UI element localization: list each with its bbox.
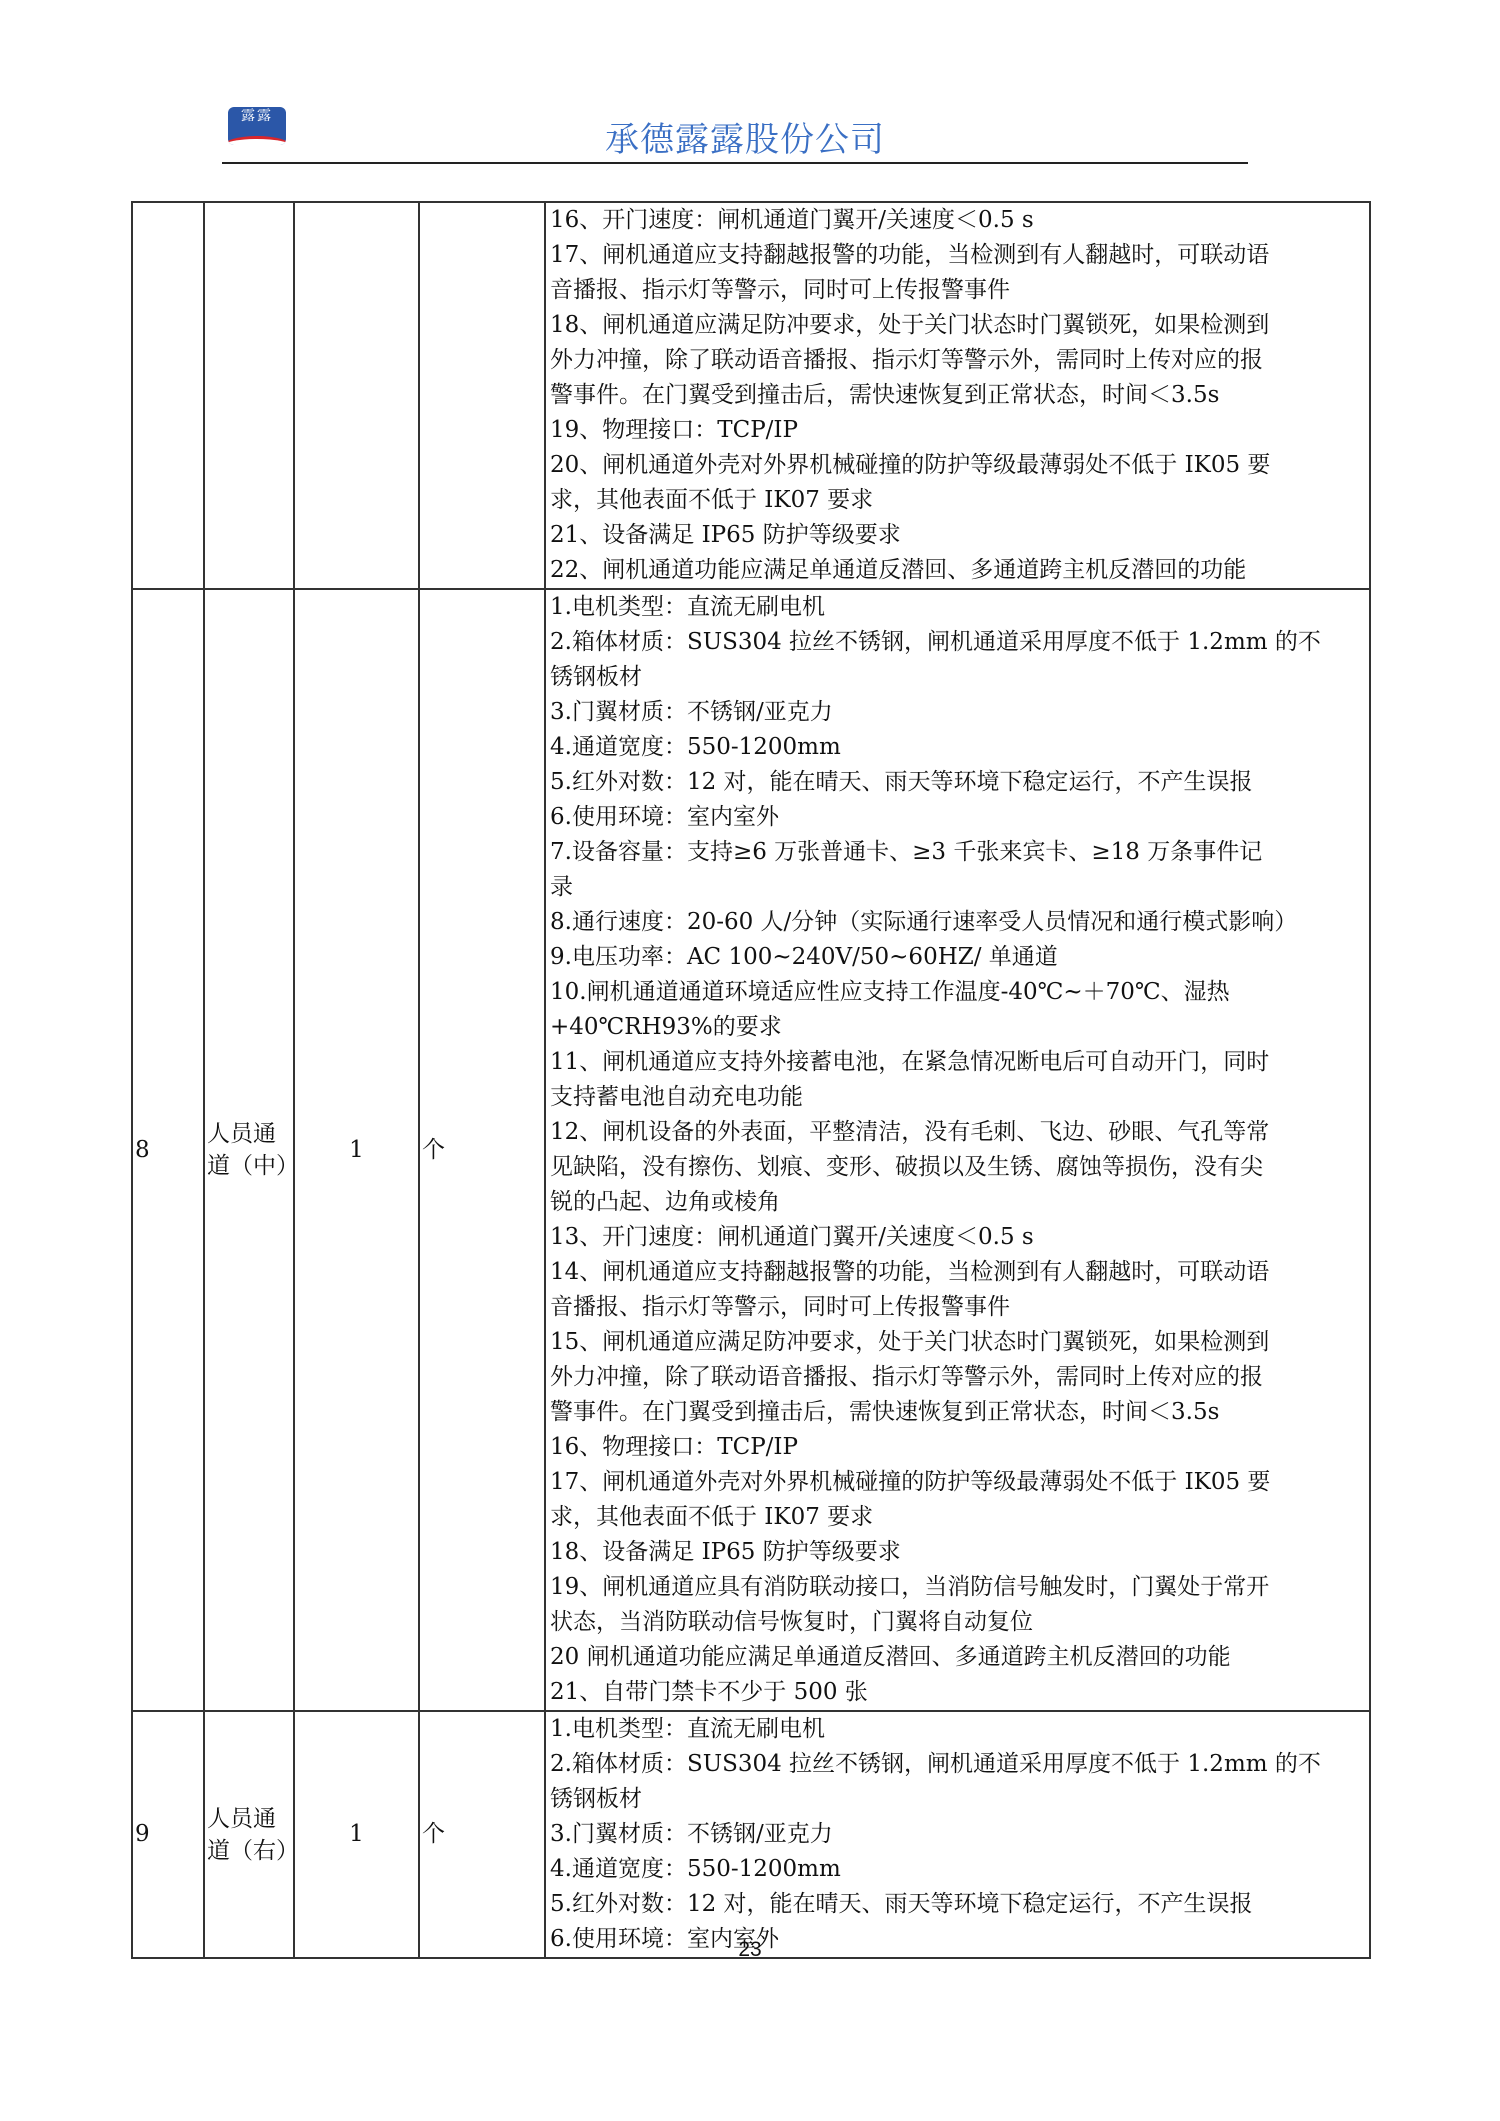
spec-line: 17、闸机通道应支持翻越报警的功能，当检测到有人翻越时，可联动语	[550, 238, 1365, 273]
spec-line: 21、设备满足 IP65 防护等级要求	[550, 518, 1365, 553]
spec-line: 9.电压功率：AC 100~240V/50~60HZ/ 单通道	[550, 940, 1365, 975]
spec-line: 19、闸机通道应具有消防联动接口，当消防信号触发时，门翼处于常开	[550, 1570, 1365, 1605]
spec-line: 18、设备满足 IP65 防护等级要求	[550, 1535, 1365, 1570]
spec-line: 16、开门速度：闸机通道门翼开/关速度＜0.5 s	[550, 203, 1365, 238]
spec-line: 锐的凸起、边角或棱角	[550, 1185, 1365, 1220]
item-quantity: 1	[294, 589, 419, 1711]
item-specification: 16、开门速度：闸机通道门翼开/关速度＜0.5 s 17、闸机通道应支持翻越报警…	[545, 202, 1370, 589]
item-name	[204, 202, 294, 589]
spec-line: 7.设备容量：支持≥6 万张普通卡、≥3 千张来宾卡、≥18 万条事件记	[550, 835, 1365, 870]
spec-line: 14、闸机通道应支持翻越报警的功能，当检测到有人翻越时，可联动语	[550, 1255, 1365, 1290]
item-name: 人员通 道（右）	[204, 1711, 294, 1958]
spec-line: 2.箱体材质：SUS304 拉丝不锈钢，闸机通道采用厚度不低于 1.2mm 的不	[550, 1747, 1365, 1782]
item-unit: 个	[419, 1711, 545, 1958]
spec-line: 4.通道宽度：550-1200mm	[550, 730, 1365, 765]
item-number	[132, 202, 204, 589]
spec-line: 1.电机类型：直流无刷电机	[550, 1712, 1365, 1747]
spec-line: 支持蓄电池自动充电功能	[550, 1080, 1365, 1115]
spec-line: 锈钢板材	[550, 1782, 1365, 1817]
spec-line: 求，其他表面不低于 IK07 要求	[550, 483, 1365, 518]
spec-line: 外力冲撞，除了联动语音播报、指示灯等警示外，需同时上传对应的报	[550, 343, 1365, 378]
item-unit	[419, 202, 545, 589]
spec-line: 22、闸机通道功能应满足单通道反潜回、多通道跨主机反潜回的功能	[550, 553, 1365, 588]
spec-line: 20、闸机通道外壳对外界机械碰撞的防护等级最薄弱处不低于 IK05 要	[550, 448, 1365, 483]
spec-line: 21、自带门禁卡不少于 500 张	[550, 1675, 1365, 1710]
table-row: 8 人员通 道（中） 1 个 1.电机类型：直流无刷电机2.箱体材质：SUS30…	[132, 589, 1370, 1711]
spec-line: 8.通行速度：20-60 人/分钟（实际通行速率受人员情况和通行模式影响）	[550, 905, 1365, 940]
page-number: 23	[0, 1938, 1500, 1962]
spec-line: 音播报、指示灯等警示，同时可上传报警事件	[550, 273, 1365, 308]
spec-line: 17、闸机通道外壳对外界机械碰撞的防护等级最薄弱处不低于 IK05 要	[550, 1465, 1365, 1500]
spec-line: 外力冲撞，除了联动语音播报、指示灯等警示外，需同时上传对应的报	[550, 1360, 1365, 1395]
item-specification: 1.电机类型：直流无刷电机2.箱体材质：SUS304 拉丝不锈钢，闸机通道采用厚…	[545, 589, 1370, 1711]
spec-line: 音播报、指示灯等警示，同时可上传报警事件	[550, 1290, 1365, 1325]
item-name: 人员通 道（中）	[204, 589, 294, 1711]
spec-line: 状态，当消防联动信号恢复时，门翼将自动复位	[550, 1605, 1365, 1640]
spec-line: 警事件。在门翼受到撞击后，需快速恢复到正常状态，时间＜3.5s	[550, 378, 1365, 413]
item-quantity: 1	[294, 1711, 419, 1958]
header-divider	[222, 162, 1248, 164]
spec-line: 录	[550, 870, 1365, 905]
spec-line: 1.电机类型：直流无刷电机	[550, 590, 1365, 625]
spec-line: 19、物理接口：TCP/IP	[550, 413, 1365, 448]
spec-line: 11、闸机通道应支持外接蓄电池，在紧急情况断电后可自动开门，同时	[550, 1045, 1365, 1080]
spec-line: 13、开门速度：闸机通道门翼开/关速度＜0.5 s	[550, 1220, 1365, 1255]
item-number: 9	[132, 1711, 204, 1958]
spec-line: 3.门翼材质：不锈钢/亚克力	[550, 1817, 1365, 1852]
spec-line: 15、闸机通道应满足防冲要求，处于关门状态时门翼锁死，如果检测到	[550, 1325, 1365, 1360]
spec-line: 4.通道宽度：550-1200mm	[550, 1852, 1365, 1887]
spec-line: 3.门翼材质：不锈钢/亚克力	[550, 695, 1365, 730]
spec-line: +40℃RH93%的要求	[550, 1010, 1365, 1045]
item-name-line: 人员通	[207, 1118, 293, 1150]
item-quantity	[294, 202, 419, 589]
item-name-line: 人员通	[207, 1803, 293, 1835]
spec-line: 18、闸机通道应满足防冲要求，处于关门状态时门翼锁死，如果检测到	[550, 308, 1365, 343]
spec-line: 10.闸机通道通道环境适应性应支持工作温度-40℃~＋70℃、湿热	[550, 975, 1365, 1010]
spec-line: 见缺陷，没有擦伤、划痕、变形、破损以及生锈、腐蚀等损伤，没有尖	[550, 1150, 1365, 1185]
spec-table: 16、开门速度：闸机通道门翼开/关速度＜0.5 s 17、闸机通道应支持翻越报警…	[131, 201, 1371, 1959]
item-name-line: 道（中）	[207, 1150, 293, 1182]
item-name-line: 道（右）	[207, 1835, 293, 1867]
spec-line: 警事件。在门翼受到撞击后，需快速恢复到正常状态，时间＜3.5s	[550, 1395, 1365, 1430]
table-row: 9 人员通 道（右） 1 个 1.电机类型：直流无刷电机2.箱体材质：SUS30…	[132, 1711, 1370, 1958]
spec-line: 12、闸机设备的外表面，平整清洁，没有毛刺、飞边、砂眼、气孔等常	[550, 1115, 1365, 1150]
spec-line: 5.红外对数：12 对，能在晴天、雨天等环境下稳定运行，不产生误报	[550, 1887, 1365, 1922]
spec-line: 锈钢板材	[550, 660, 1365, 695]
item-number: 8	[132, 589, 204, 1711]
item-unit: 个	[419, 589, 545, 1711]
spec-line: 20 闸机通道功能应满足单通道反潜回、多通道跨主机反潜回的功能	[550, 1640, 1365, 1675]
company-name: 承德露露股份公司	[0, 112, 1490, 161]
spec-line: 6.使用环境：室内室外	[550, 800, 1365, 835]
item-specification: 1.电机类型：直流无刷电机2.箱体材质：SUS304 拉丝不锈钢，闸机通道采用厚…	[545, 1711, 1370, 1958]
spec-line: 求，其他表面不低于 IK07 要求	[550, 1500, 1365, 1535]
table-row: 16、开门速度：闸机通道门翼开/关速度＜0.5 s 17、闸机通道应支持翻越报警…	[132, 202, 1370, 589]
spec-line: 16、物理接口：TCP/IP	[550, 1430, 1365, 1465]
spec-line: 5.红外对数：12 对，能在晴天、雨天等环境下稳定运行，不产生误报	[550, 765, 1365, 800]
spec-line: 2.箱体材质：SUS304 拉丝不锈钢，闸机通道采用厚度不低于 1.2mm 的不	[550, 625, 1365, 660]
